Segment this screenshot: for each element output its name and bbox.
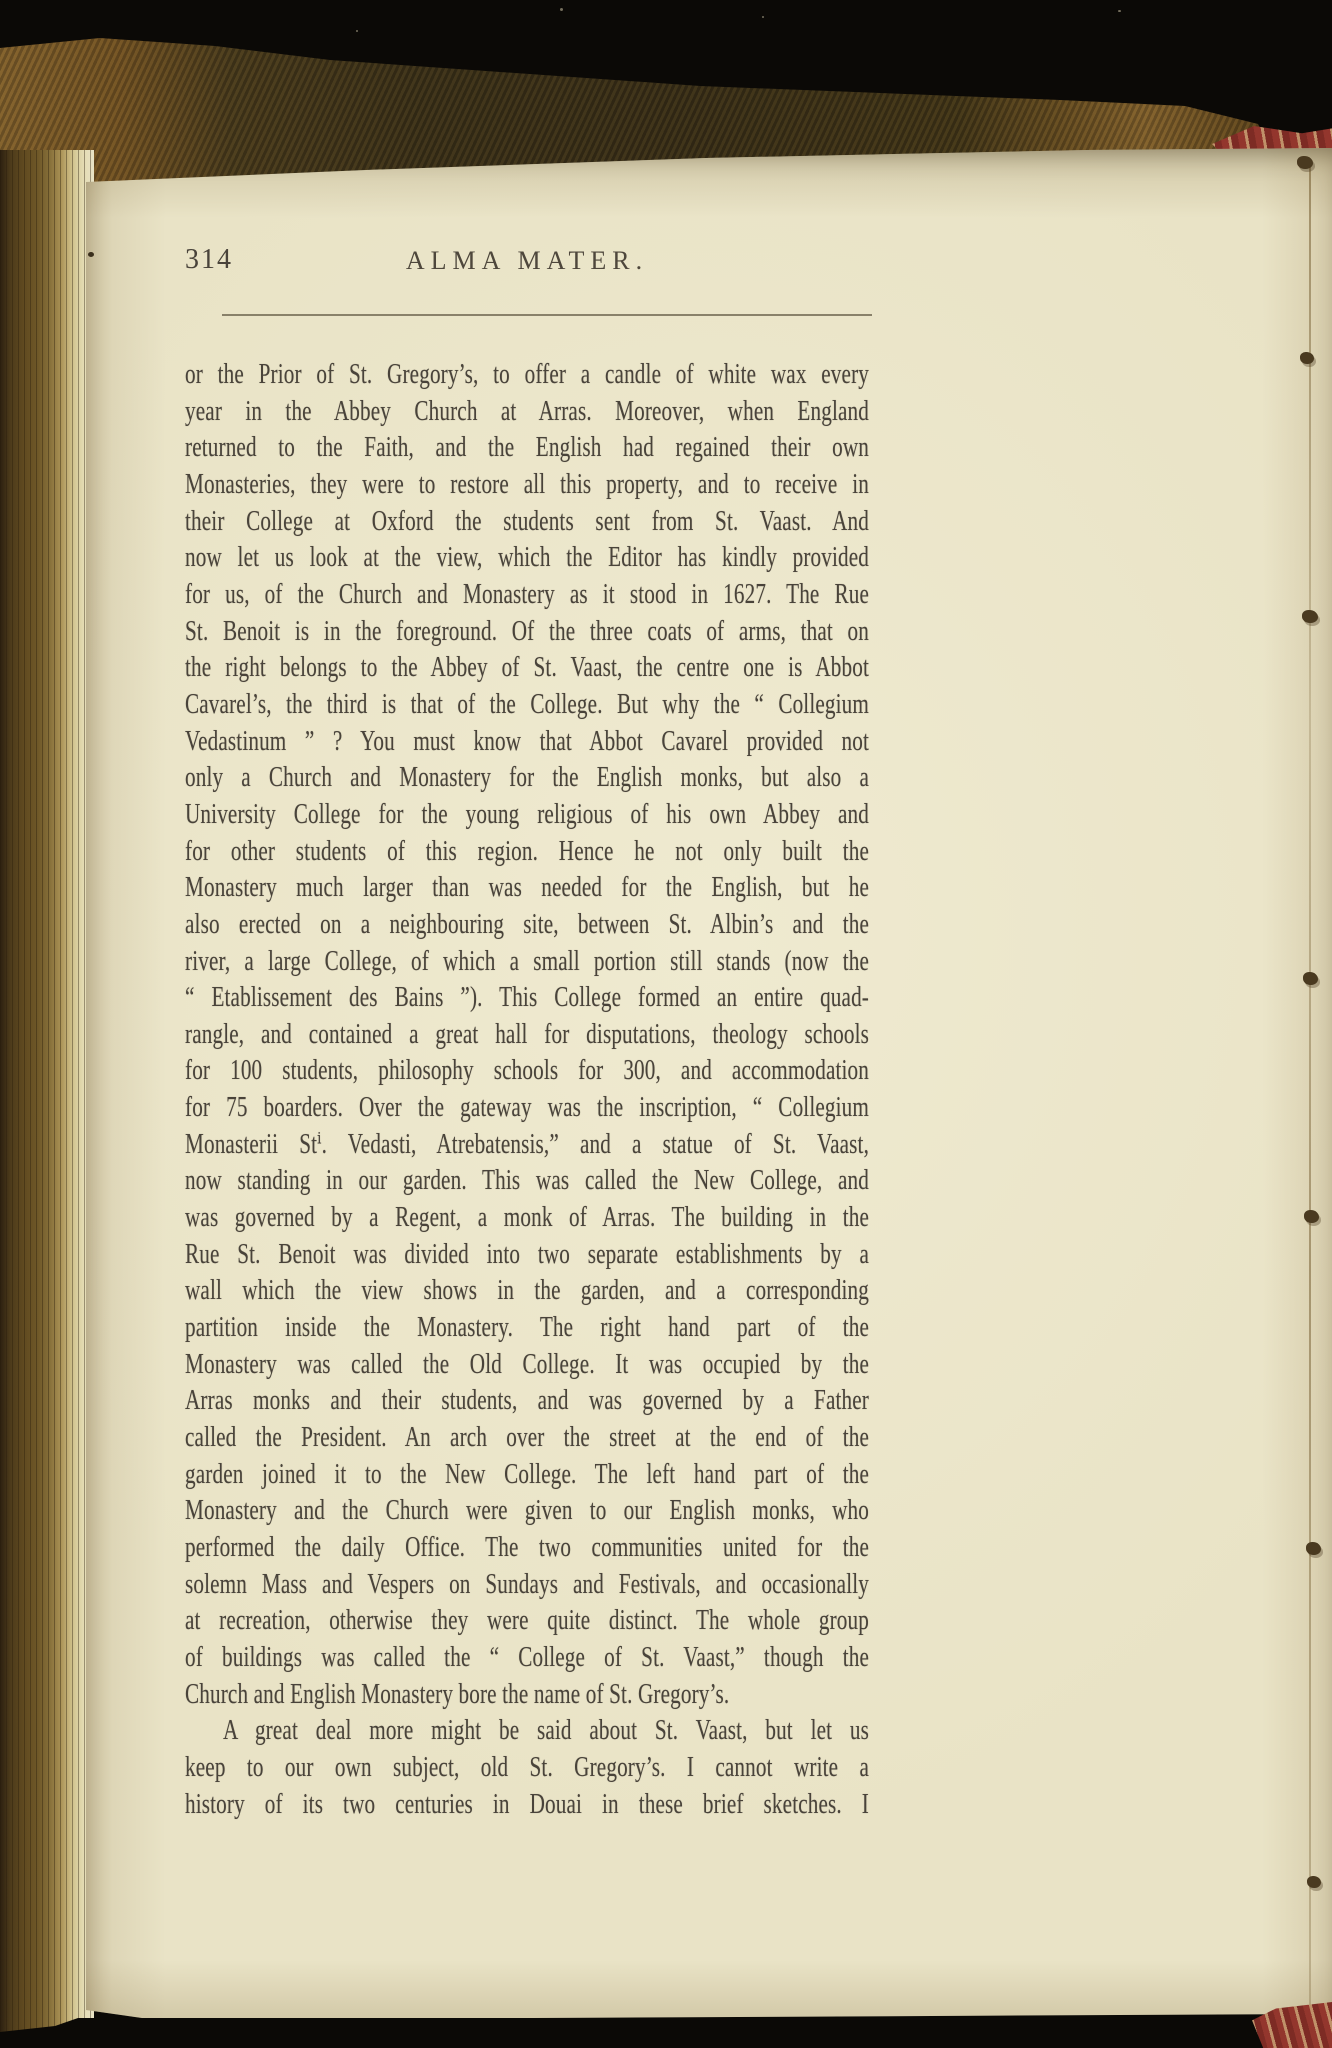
text-line: the right belongs to the Abbey of St. Va… (185, 649, 869, 686)
text-line: rangle, and contained a great hall for d… (185, 1016, 869, 1053)
text-line: returned to the Faith, and the English h… (185, 429, 869, 466)
text-line: keep to our own subject, old St. Gregory… (185, 1749, 869, 1786)
body-text: or the Prior of St. Gregory’s, to offer … (185, 356, 869, 1822)
text-line: Cavarel’s, the third is that of the Coll… (185, 686, 869, 723)
text-line: Monastery much larger than was needed fo… (185, 869, 869, 906)
text-line: Monastery and the Church were given to o… (185, 1492, 869, 1529)
text-line: wall which the view shows in the garden,… (185, 1272, 869, 1309)
text-line: Monasteries, they were to restore all th… (185, 466, 869, 503)
page-speck (88, 252, 94, 257)
page-edge-stack-left (0, 150, 94, 2036)
text-line: for 75 boarders. Over the gateway was th… (185, 1089, 869, 1126)
dust-speck (1118, 10, 1121, 12)
crease-speck (1297, 156, 1313, 169)
text-line: garden joined it to the New College. The… (185, 1456, 869, 1493)
book-page: 314 ALMA MATER. or the Prior of St. Greg… (86, 148, 1332, 2020)
text-line: history of its two centuries in Douai in… (185, 1786, 869, 1823)
gutter-crease (1309, 160, 1311, 2012)
text-line: partition inside the Monastery. The righ… (185, 1309, 869, 1346)
text-line: “ Etablissement des Bains ”). This Colle… (185, 979, 869, 1016)
crease-speck (1307, 1876, 1321, 1888)
text-line: Monastery was called the Old College. It… (185, 1346, 869, 1383)
crease-speck (1300, 352, 1314, 364)
text-line: also erected on a neighbouring site, bet… (185, 906, 869, 943)
text-line: for other students of this region. Hence… (185, 833, 869, 870)
text-line: at recreation, otherwise they were quite… (185, 1602, 869, 1639)
text-line: river, a large College, of which a small… (185, 943, 869, 980)
text-line: for us, of the Church and Monastery as i… (185, 576, 869, 613)
running-header: ALMA MATER. (185, 246, 869, 276)
text-line: St. Benoit is in the foreground. Of the … (185, 613, 869, 650)
crease-speck (1306, 1542, 1321, 1555)
text-line: University College for the young religio… (185, 796, 869, 833)
text-line: Arras monks and their students, and was … (185, 1382, 869, 1419)
text-line: Vedastinum ” ? You must know that Abbot … (185, 723, 869, 760)
text-line: Monasterii Stⁱ. Vedasti, Atrebatensis,” … (185, 1126, 869, 1163)
dust-speck (356, 30, 358, 32)
text-line: year in the Abbey Church at Arras. Moreo… (185, 393, 869, 430)
text-line: now let us look at the view, which the E… (185, 539, 869, 576)
text-line: of buildings was called the “ College of… (185, 1639, 869, 1676)
bottom-shadow-band (0, 2018, 1332, 2048)
crease-speck (1302, 610, 1318, 623)
text-line: performed the daily Office. The two comm… (185, 1529, 869, 1566)
text-line: only a Church and Monastery for the Engl… (185, 759, 869, 796)
dust-speck (762, 16, 764, 18)
text-line: their College at Oxford the students sen… (185, 503, 869, 540)
crease-speck (1304, 1210, 1319, 1223)
text-line: was governed by a Regent, a monk of Arra… (185, 1199, 869, 1236)
text-line: A great deal more might be said about St… (185, 1712, 869, 1749)
text-line: Church and English Monastery bore the na… (185, 1676, 869, 1713)
text-line: or the Prior of St. Gregory’s, to offer … (185, 356, 869, 393)
text-line: for 100 students, philosophy schools for… (185, 1052, 869, 1089)
text-line: called the President. An arch over the s… (185, 1419, 869, 1456)
dust-speck (560, 8, 563, 11)
crease-speck (1303, 972, 1318, 985)
text-line: now standing in our garden. This was cal… (185, 1162, 869, 1199)
book-photo: 314 ALMA MATER. or the Prior of St. Greg… (0, 0, 1332, 2048)
header-rule (222, 314, 872, 316)
text-line: solemn Mass and Vespers on Sundays and F… (185, 1566, 869, 1603)
text-line: Rue St. Benoit was divided into two sepa… (185, 1236, 869, 1273)
